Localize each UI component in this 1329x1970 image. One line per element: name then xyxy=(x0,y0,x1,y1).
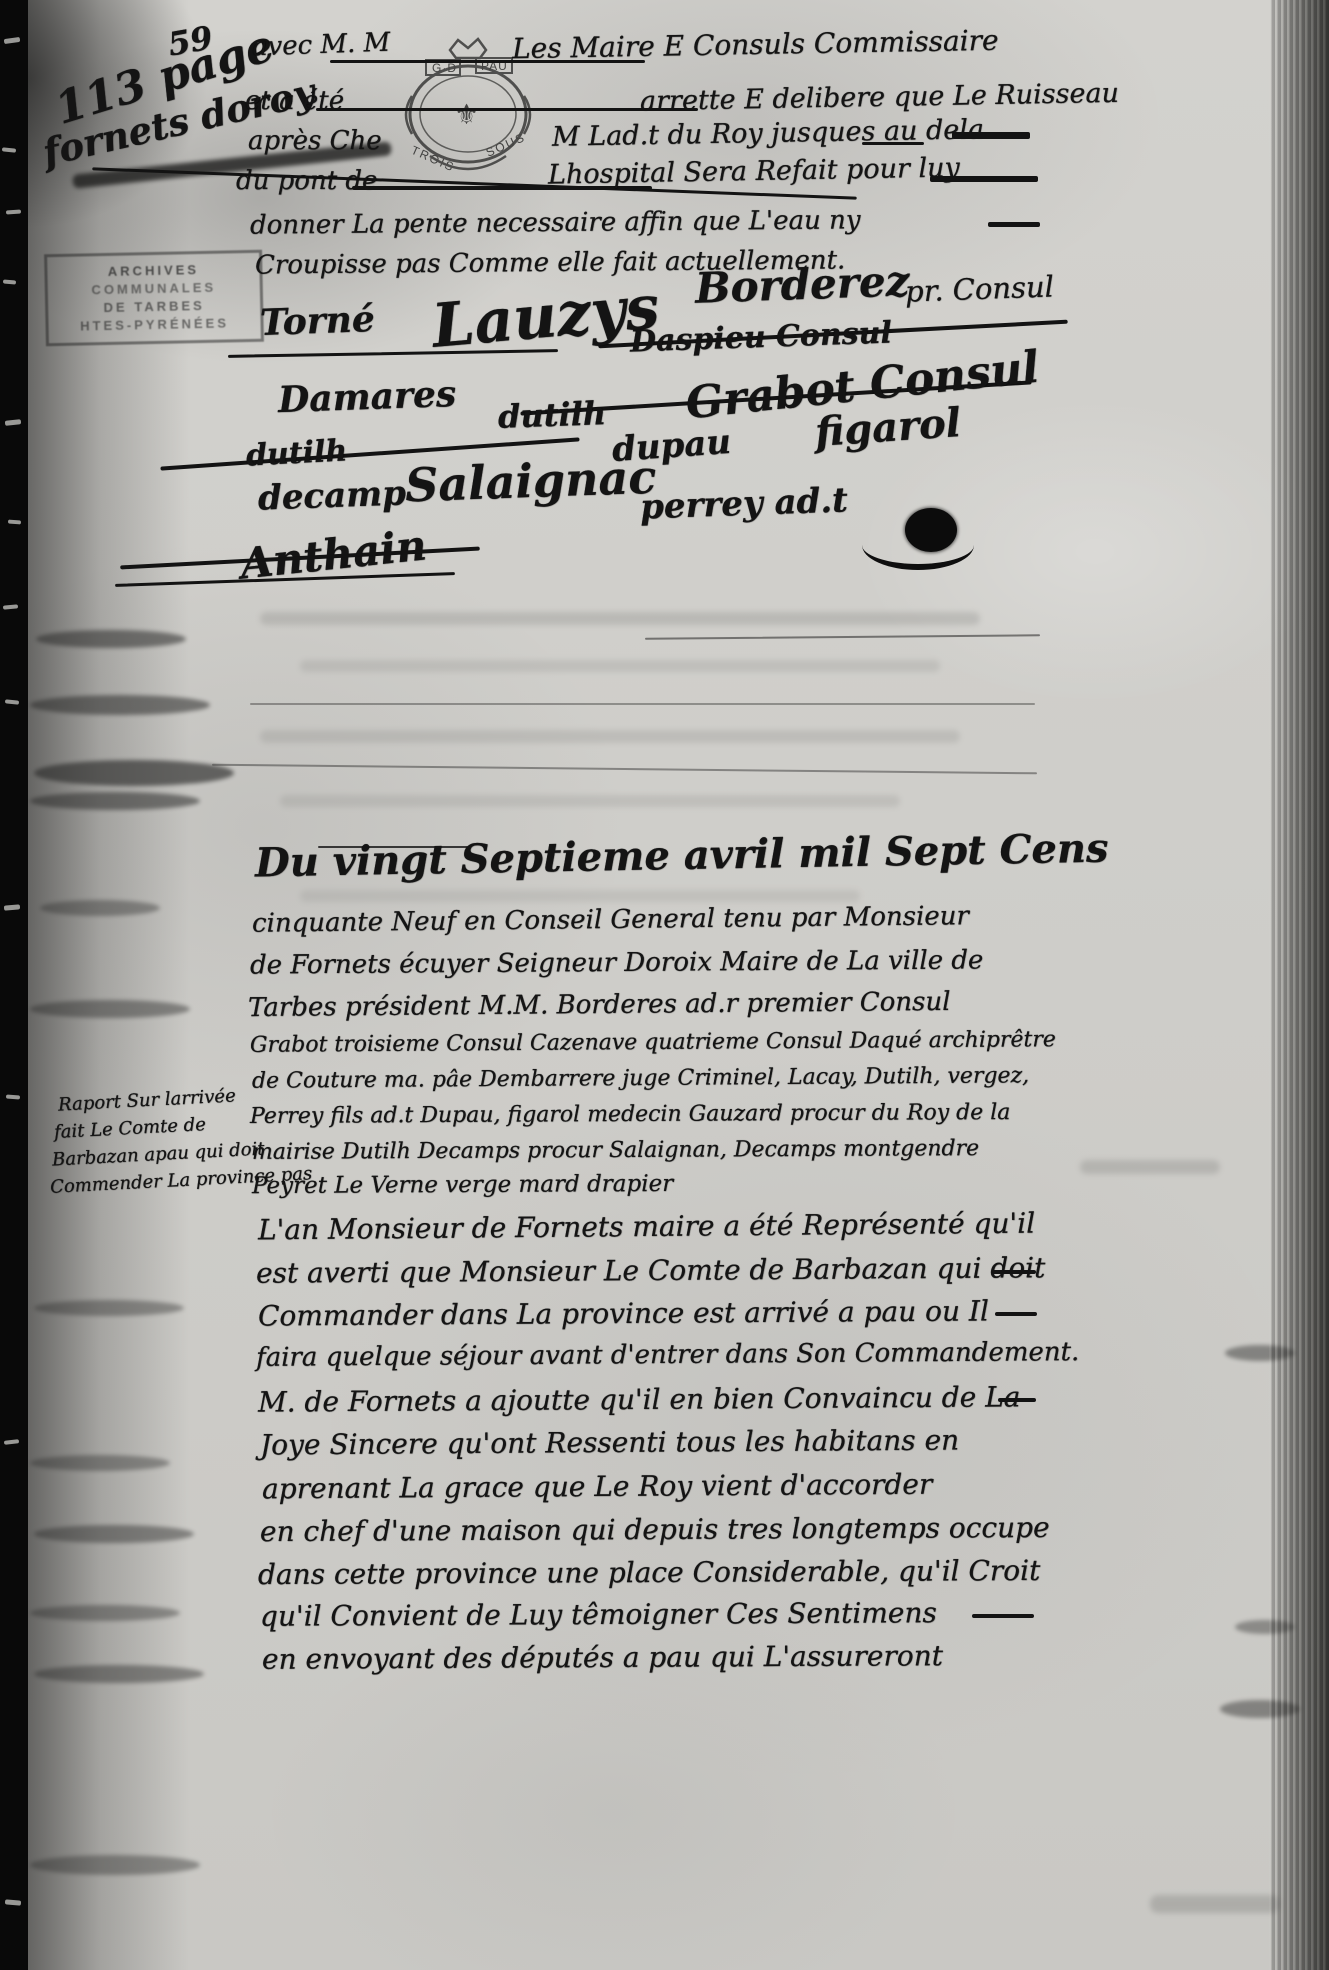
bleed-mark xyxy=(36,630,186,648)
manuscript-line: dans cette province une place Considerab… xyxy=(258,1554,1041,1591)
fleur-de-lis-icon: ⚜ xyxy=(454,99,479,130)
filler-line xyxy=(998,1398,1036,1402)
manuscript-line: et a été xyxy=(245,86,344,116)
bleed-through xyxy=(260,730,960,743)
bleed-through xyxy=(260,612,980,625)
signature: dutilh xyxy=(245,433,348,473)
bleed-mark xyxy=(34,1300,184,1316)
manuscript-scan: G·D PAU ⚜ TROIS SOUS 59 113 page fornets… xyxy=(0,0,1329,1970)
manuscript-line: Commander dans La province est arrivé a … xyxy=(258,1294,989,1332)
bleed-through xyxy=(280,795,900,807)
filler-line xyxy=(952,132,1030,139)
archive-stamp-line: HTES-PYRÉNÉES xyxy=(80,314,229,335)
manuscript-line: de Fornets écuyer Seigneur Doroix Maire … xyxy=(250,945,984,980)
manuscript-line: Peyret Le Verne verge mard drapier xyxy=(252,1171,673,1199)
manuscript-line: L'an Monsieur de Fornets maire a été Rep… xyxy=(258,1207,1035,1247)
filler-line xyxy=(988,222,1040,227)
filler-line xyxy=(972,1614,1034,1618)
manuscript-line: en chef d'une maison qui depuis tres lon… xyxy=(260,1511,1050,1548)
manuscript-line: donner La pente necessaire affin que L'e… xyxy=(250,205,861,240)
filler-line xyxy=(930,176,1038,182)
filler-line xyxy=(992,1270,1036,1274)
bleed-mark xyxy=(30,1855,200,1875)
bleed-mark xyxy=(30,792,200,810)
archive-stamp-line: ARCHIVES xyxy=(108,261,200,281)
manuscript-line: aprenant La grace que Le Roy vient d'acc… xyxy=(262,1468,933,1506)
manuscript-line: Perrey fils ad.t Dupau, figarol medecin … xyxy=(250,1100,1011,1129)
ink-line xyxy=(250,703,1035,705)
filler-line xyxy=(316,108,698,111)
manuscript-line: Joye Sincere qu'ont Ressenti tous les ha… xyxy=(260,1424,959,1462)
signature: Damares xyxy=(277,373,456,421)
bleed-mark xyxy=(30,1605,180,1621)
manuscript-line: Tarbes président M.M. Borderes ad.r prem… xyxy=(248,987,951,1023)
archive-stamp-line: DE TARBES xyxy=(103,297,205,317)
filler-line xyxy=(330,60,645,63)
page-edge-text-fragment xyxy=(8,520,21,525)
manuscript-line: en envoyant des députés a pau qui L'assu… xyxy=(262,1639,943,1676)
gutter-black-band xyxy=(0,0,28,1970)
bleed-mark xyxy=(30,695,210,715)
manuscript-line: est averti que Monsieur Le Comte de Barb… xyxy=(256,1251,1046,1290)
filler-line xyxy=(862,142,924,145)
bleed-mark xyxy=(34,760,234,786)
signature: Borderez xyxy=(694,256,910,312)
bleed-mark xyxy=(34,1665,204,1683)
bleed-mark xyxy=(34,1525,194,1543)
manuscript-line: avec M. M xyxy=(252,28,391,63)
bleed-mark xyxy=(30,1000,190,1018)
signature-title: pr. Consul xyxy=(904,269,1054,308)
manuscript-line: du pont de xyxy=(236,166,377,196)
bleed-through xyxy=(300,660,940,672)
stamp-region-code: G·D xyxy=(432,61,457,75)
bleed-mark xyxy=(30,1455,170,1471)
manuscript-line: après Che xyxy=(248,126,382,156)
bleed-through xyxy=(1150,1895,1280,1913)
stamp-value-right: SOUS xyxy=(484,130,528,160)
manuscript-line: M. de Fornets a ajoutte qu'il en bien Co… xyxy=(258,1380,1021,1418)
bleed-through xyxy=(1080,1160,1220,1174)
page-right-edge xyxy=(1269,0,1329,1970)
manuscript-line: mairise Dutilh Decamps procur Salaignan,… xyxy=(252,1136,979,1165)
bleed-mark xyxy=(40,900,160,916)
signature: Salaignac xyxy=(404,450,657,513)
manuscript-line: faira quelque séjour avant d'entrer dans… xyxy=(256,1337,1079,1373)
filler-line xyxy=(995,1312,1037,1316)
signature: dutilh xyxy=(497,394,606,436)
archive-stamp: ARCHIVES COMMUNALES DE TARBES HTES-PYRÉN… xyxy=(44,250,264,347)
manuscript-line: qu'il Convient de Luy têmoigner Ces Sent… xyxy=(260,1596,937,1633)
ink-blot-stroke xyxy=(862,520,974,570)
signature: Torné xyxy=(259,298,375,344)
signature: perrey ad.t xyxy=(639,480,848,527)
signature: decamp xyxy=(257,473,406,518)
bleed-through xyxy=(300,890,860,902)
